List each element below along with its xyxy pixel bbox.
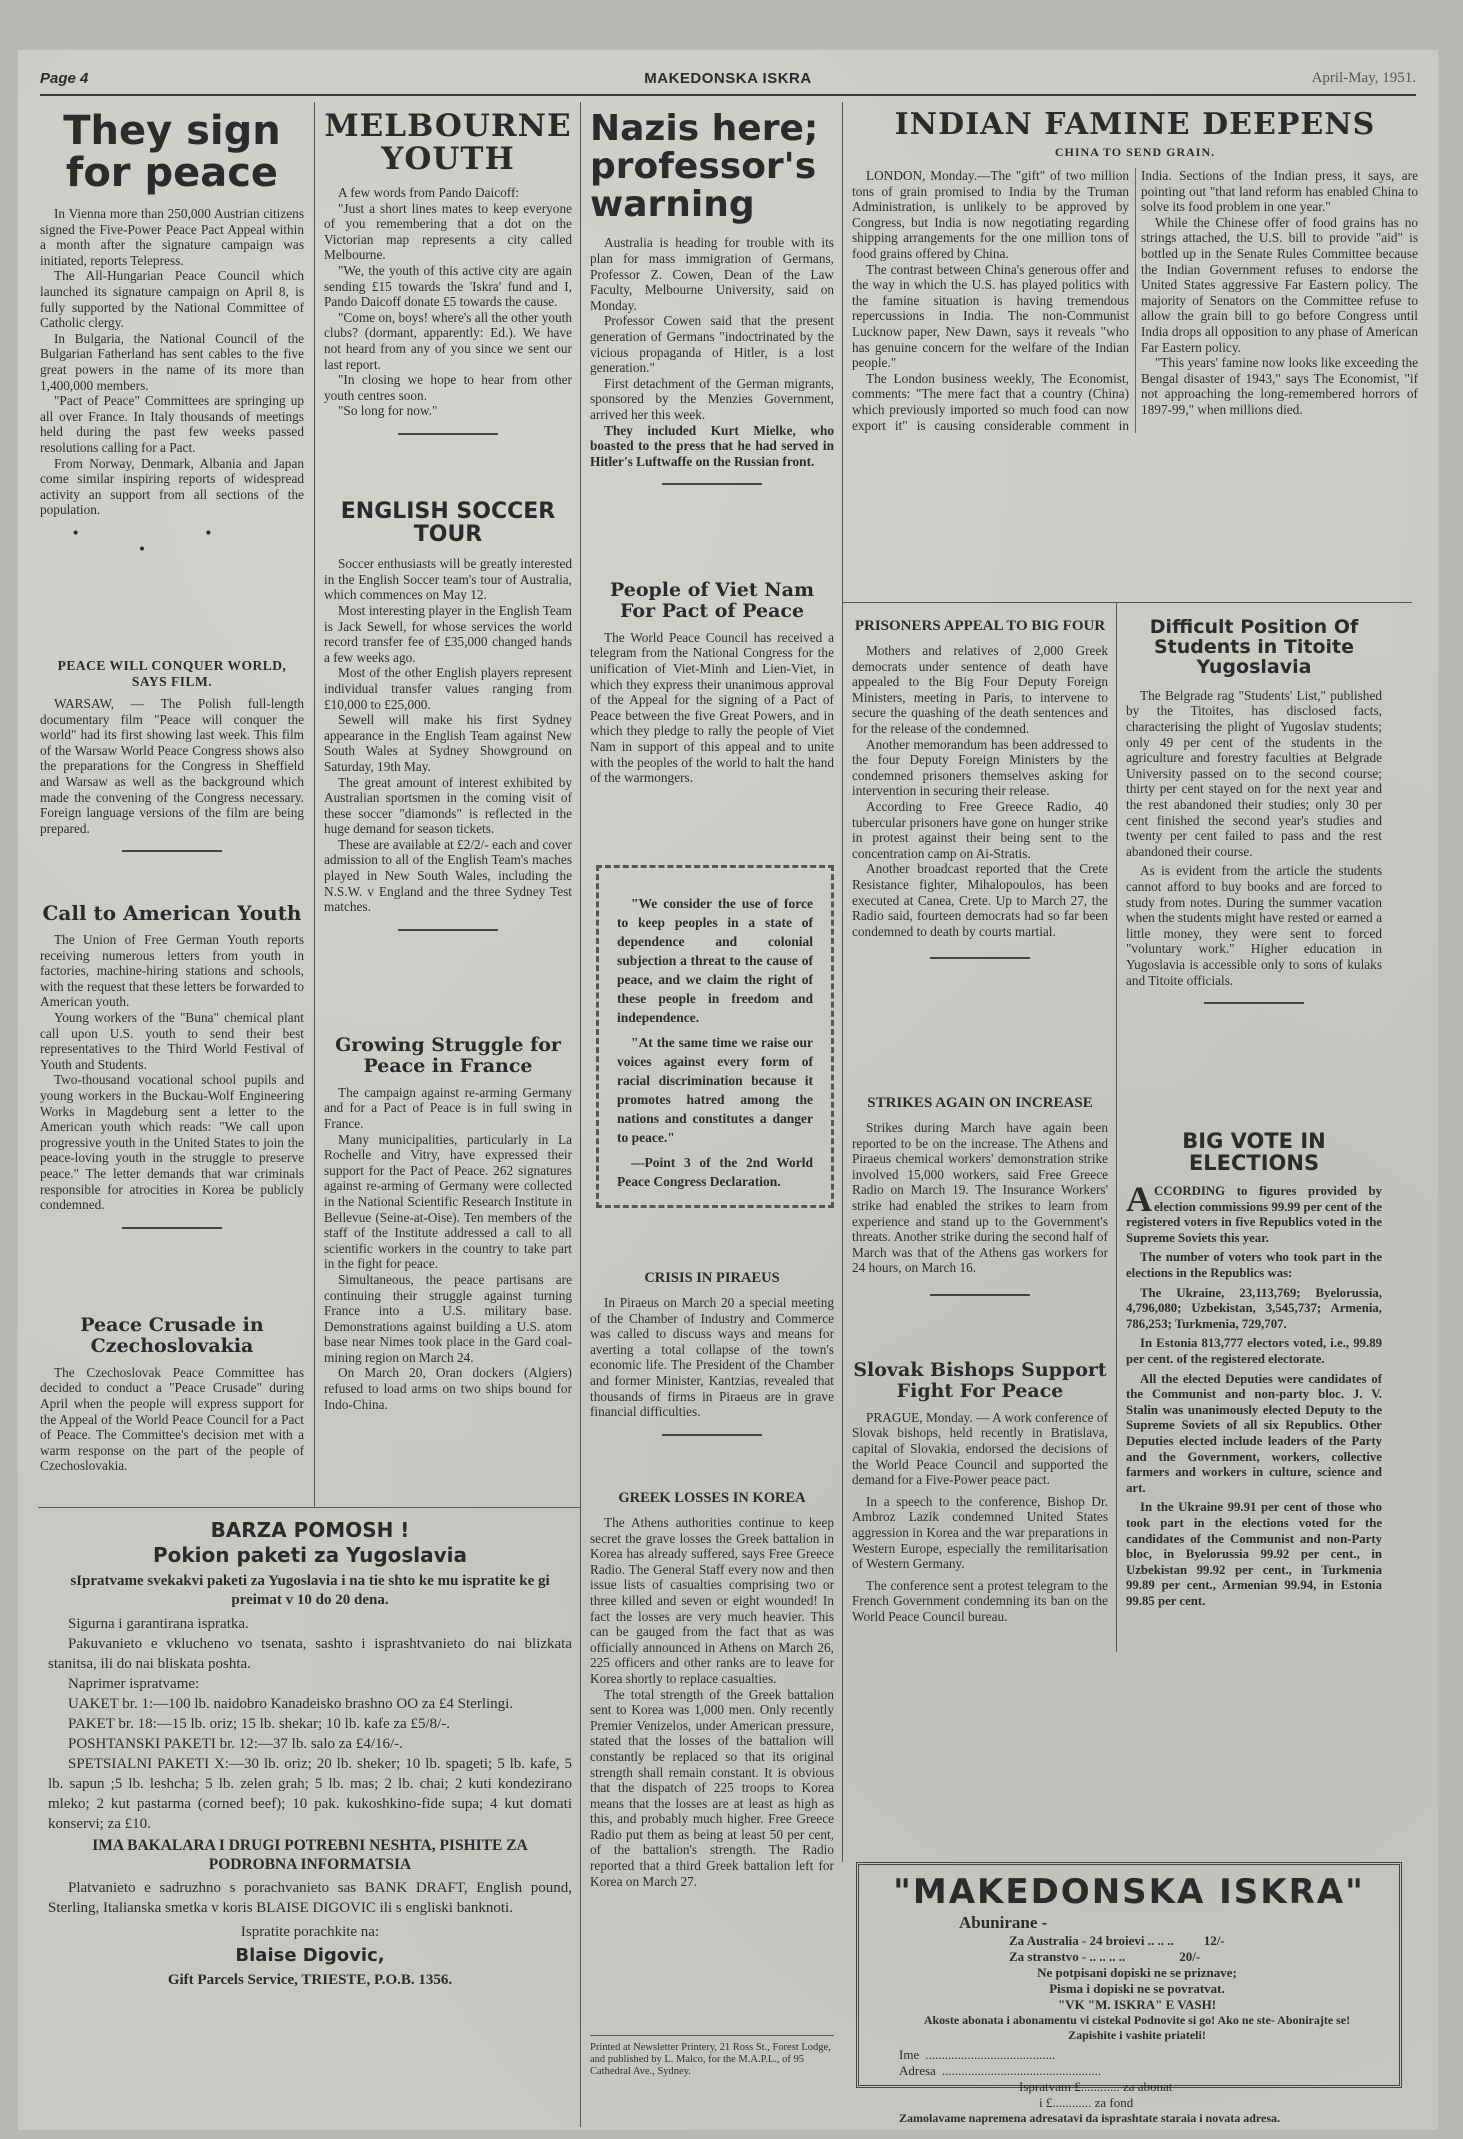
paragraph: In Piraeus on March 20 a special meeting…: [590, 1295, 834, 1420]
paragraph: Two-thousand vocational school pupils an…: [40, 1072, 304, 1212]
paragraph: As is evident from the article the stude…: [1126, 863, 1382, 988]
short-rule: [398, 929, 498, 931]
headline: People of Viet Nam For Pact of Peace: [590, 580, 834, 622]
short-rule: [1204, 1002, 1304, 1004]
field-blank[interactable]: ........................................…: [942, 2063, 1101, 2079]
rate-price: 20/-: [1179, 1949, 1200, 1965]
paragraph: These are available at £2/2/- each and c…: [324, 837, 572, 915]
subscription-appeal: Akoste abonata i abonamentu vi cistekal …: [899, 2013, 1375, 2043]
paragraph: Another broadcast reported that the Cret…: [852, 861, 1108, 939]
quote-body: "We consider the use of force to keep pe…: [617, 894, 813, 1191]
paragraph: They included Kurt Mielke, who boasted t…: [590, 423, 834, 470]
headline: MELBOURNE YOUTH: [324, 110, 572, 175]
article-american-youth: Call to American Youth The Union of Free…: [40, 902, 304, 1229]
ad-gift-parcels: BARZA POMOSH ! Pokion paketi za Yugoslav…: [48, 1520, 572, 1989]
article-slovak-bishops: Slovak Bishops Support Fight For Peace P…: [852, 1360, 1108, 1625]
paragraph: Mothers and relatives of 2,000 Greek dem…: [852, 643, 1108, 737]
paragraph: On March 20, Oran dockers (Algiers) refu…: [324, 1365, 572, 1412]
column-divider: [580, 102, 581, 2127]
section-divider: [38, 1507, 580, 1508]
paragraph: Professor Cowen said that the present ge…: [590, 313, 834, 375]
subscription-slogan: "VK "M. ISKRA" E VASH!: [899, 1997, 1375, 2013]
column-divider: [842, 102, 843, 1862]
rate-price: 12/-: [1204, 1933, 1225, 1949]
subheadline: CHINA TO SEND GRAIN.: [852, 145, 1418, 160]
paragraph: WARSAW, — The Polish full-length documen…: [40, 696, 304, 836]
headline: Peace Crusade in Czechoslovakia: [40, 1315, 304, 1357]
article-big-vote: BIG VOTE IN ELECTIONS ACCORDING to figur…: [1126, 1130, 1382, 1610]
paragraph: Another memorandum has been addressed to…: [852, 737, 1108, 799]
paragraph: PRAGUE, Monday. — A work conference of S…: [852, 1410, 1108, 1488]
article-body: Australia is heading for trouble with it…: [590, 235, 834, 469]
paragraph: The Czechoslovak Peace Committee has dec…: [40, 1365, 304, 1474]
paragraph: Most interesting player in the English T…: [324, 603, 572, 665]
short-rule: [122, 850, 222, 852]
headline: Nazis here; professor's warning: [590, 110, 834, 223]
ad-line: Naprimer ispratvame:: [48, 1674, 572, 1694]
paragraph: Soccer enthusiasts will be greatly inter…: [324, 556, 572, 603]
ad-line: Sigurna i garantirana ispratka.: [48, 1614, 572, 1634]
article-body: The campaign against re-arming Germany a…: [324, 1085, 572, 1412]
printer-imprint: Printed at Newsletter Printery, 21 Ross …: [590, 2035, 834, 2078]
rate-label: Za Australia - 24 broievi .. .. ..: [1009, 1933, 1174, 1949]
article-body: Soccer enthusiasts will be greatly inter…: [324, 556, 572, 915]
subscription-note: Pisma i dopiski ne se povratvat.: [899, 1981, 1375, 1997]
paragraph: "This years' famine now looks like excee…: [1141, 355, 1418, 417]
rate-row: Za Australia - 24 broievi .. .. .. 12/-: [1009, 1933, 1375, 1949]
paragraph: While the Chinese offer of food grains h…: [1141, 215, 1418, 355]
article-indian-famine: INDIAN FAMINE DEEPENS CHINA TO SEND GRAI…: [852, 108, 1418, 433]
paragraph: The great amount of interest exhibited b…: [324, 775, 572, 837]
article-body: In Piraeus on March 20 a special meeting…: [590, 1295, 834, 1420]
paragraph: LONDON, Monday.—The "gift" of two millio…: [852, 168, 1129, 262]
subscription-footer: Zamolavame napremena adresatavi da ispra…: [899, 2111, 1375, 2126]
article-body: A few words from Pando Daicoff: "Just a …: [324, 185, 572, 419]
short-rule: [398, 433, 498, 435]
ad-line: Pakuvanieto e vklucheno vo tsenata, sash…: [48, 1634, 572, 1674]
form-field-address[interactable]: Adresa .................................…: [899, 2063, 1375, 2079]
article-prisoners-appeal: PRISONERS APPEAL TO BIG FOUR Mothers and…: [852, 618, 1108, 959]
paragraph: Sewell will make his first Sydney appear…: [324, 712, 572, 774]
paragraph: The number of voters who took part in th…: [1126, 1250, 1382, 1281]
paragraph: "Pact of Peace" Committees are springing…: [40, 393, 304, 455]
paragraph: Strikes during March have again been rep…: [852, 1120, 1108, 1276]
paragraph: "Just a short lines mates to keep everyo…: [324, 201, 572, 263]
article-greek-korea: GREEK LOSSES IN KOREA The Athens authori…: [590, 1490, 834, 1889]
paragraph: From Norway, Denmark, Albania and Japan …: [40, 456, 304, 518]
paragraph: First detachment of the German migrants,…: [590, 376, 834, 423]
ad-line: POSHTANSKI PAKETI br. 12:—37 lb. salo za…: [48, 1734, 572, 1754]
article-viet-nam: People of Viet Nam For Pact of Peace The…: [590, 580, 834, 786]
paragraph: The contrast between China's generous of…: [852, 262, 1129, 371]
article-body: ACCORDING to figures provided by electio…: [1126, 1184, 1382, 1609]
article-melbourne-youth: MELBOURNE YOUTH A few words from Pando D…: [324, 110, 572, 435]
article-body: The Czechoslovak Peace Committee has dec…: [40, 1365, 304, 1474]
article-body: In Vienna more than 250,000 Austrian cit…: [40, 206, 304, 518]
paragraph: Simultaneous, the peace partisans are co…: [324, 1272, 572, 1366]
drop-cap: A: [1126, 1184, 1152, 1214]
paragraph: The campaign against re-arming Germany a…: [324, 1085, 572, 1132]
column-divider: [314, 102, 315, 1507]
quote-paragraph: "We consider the use of force to keep pe…: [617, 894, 813, 1027]
field-blank[interactable]: ........................................: [925, 2047, 1055, 2063]
headline: ENGLISH SOCCER TOUR: [324, 500, 572, 546]
short-rule: [122, 1227, 222, 1229]
paragraph: All the elected Deputies were candidates…: [1126, 1372, 1382, 1497]
paragraph: CCORDING to figures provided by election…: [1126, 1184, 1382, 1245]
column-divider: [1116, 602, 1117, 1652]
paragraph: The conference sent a protest telegram t…: [852, 1578, 1108, 1625]
newspaper-page: Page 4 MAKEDONSKA ISKRA April-May, 1951.…: [18, 50, 1438, 2130]
paragraph: The total strength of the Greek battalio…: [590, 1687, 834, 1890]
short-rule: [930, 1294, 1030, 1296]
short-rule: [662, 1434, 762, 1436]
headline: They sign for peace: [40, 110, 304, 194]
paragraph: The Union of Free German Youth reports r…: [40, 932, 304, 1010]
article-yugoslav-students: Difficult Position Of Students in Titoit…: [1126, 618, 1382, 1004]
paragraph: According to Free Greece Radio, 40 tuber…: [852, 799, 1108, 861]
article-body: The World Peace Council has received a t…: [590, 630, 834, 786]
paragraph: Australia is heading for trouble with it…: [590, 235, 834, 313]
paragraph: In the Ukraine 99.91 per cent of those w…: [1126, 1500, 1382, 1609]
paragraph: The World Peace Council has received a t…: [590, 630, 834, 786]
ad-line: SPETSIALNI PAKETI X:—30 lb. oriz; 20 lb.…: [48, 1754, 572, 1834]
field-label: Adresa: [899, 2063, 936, 2079]
paper-title: MAKEDONSKA ISKRA: [40, 70, 1416, 87]
headline: BIG VOTE IN ELECTIONS: [1126, 1130, 1382, 1174]
quote-paragraph: "At the same time we raise our voices ag…: [617, 1033, 813, 1147]
paragraph: The Ukraine, 23,113,769; Byelorussia, 4,…: [1126, 1286, 1382, 1333]
subscription-note: Ne potpisani dopiski ne se priznave;: [899, 1965, 1375, 1981]
paragraph: Many municipalities, particularly in La …: [324, 1132, 572, 1272]
article-soccer-tour: ENGLISH SOCCER TOUR Soccer enthusiasts w…: [324, 500, 572, 931]
paragraph: "We, the youth of this active city are a…: [324, 263, 572, 310]
quote-attribution: —Point 3 of the 2nd World Peace Congress…: [617, 1153, 813, 1191]
short-rule: [662, 483, 762, 485]
ad-subheadline: Pokion paketi za Yugoslavia: [48, 1545, 572, 1566]
paragraph: In Vienna more than 250,000 Austrian cit…: [40, 206, 304, 268]
article-body: WARSAW, — The Polish full-length documen…: [40, 696, 304, 836]
article-piraeus: CRISIS IN PIRAEUS In Piraeus on March 20…: [590, 1270, 834, 1436]
headline: STRIKES AGAIN ON INCREASE: [852, 1095, 1108, 1112]
article-body: Mothers and relatives of 2,000 Greek dem…: [852, 643, 1108, 939]
amount-line[interactable]: Ispratvam £............ za abonat: [1019, 2079, 1375, 2095]
headline: Difficult Position Of Students in Titoit…: [1126, 618, 1382, 678]
article-body: The Union of Free German Youth reports r…: [40, 932, 304, 1213]
article-strikes: STRIKES AGAIN ON INCREASE Strikes during…: [852, 1095, 1108, 1296]
ad-contact-name: Blaise Digovic,: [48, 1947, 572, 1966]
paragraph: The Belgrade rag "Students' List," publi…: [1126, 688, 1382, 860]
amount-line[interactable]: i £............ za fond: [1039, 2095, 1375, 2111]
article-body: PRAGUE, Monday. — A work conference of S…: [852, 1410, 1108, 1625]
section-divider: [842, 602, 1412, 603]
ad-payment: Platvanieto e sadruzhno s porachvanieto …: [48, 1878, 572, 1918]
ad-intro: sIpratvame svekakvi paketi za Yugoslavia…: [48, 1572, 572, 1610]
paragraph: "In closing we hope to hear from other y…: [324, 372, 572, 403]
masthead: Page 4 MAKEDONSKA ISKRA April-May, 1951.: [40, 68, 1416, 96]
ad-callout: IMA BAKALARA I DRUGI POTREBNI NESHTA, PI…: [48, 1836, 572, 1874]
headline: Growing Struggle for Peace in France: [324, 1035, 572, 1077]
subscription-box: "MAKEDONSKA ISKRA" Abunirane - Za Austra…: [856, 1862, 1402, 2088]
form-field-name[interactable]: Ime ....................................…: [899, 2047, 1375, 2063]
article-body: The Athens authorities continue to keep …: [590, 1515, 834, 1889]
subscription-label: Abunirane -: [959, 1913, 1375, 1933]
ad-headline: BARZA POMOSH !: [48, 1520, 572, 1541]
ad-line: UAKET br. 1:—100 lb. naidobro Kanadeisko…: [48, 1694, 572, 1714]
paragraph: Young workers of the "Buna" chemical pla…: [40, 1010, 304, 1072]
headline: GREEK LOSSES IN KOREA: [590, 1490, 834, 1507]
paragraph: In Estonia 813,777 electors voted, i.e.,…: [1126, 1336, 1382, 1367]
article-body: The Belgrade rag "Students' List," publi…: [1126, 688, 1382, 988]
headline: PEACE WILL CONQUER WORLD, SAYS FILM.: [40, 658, 304, 690]
ad-contact-address: Gift Parcels Service, TRIESTE, P.O.B. 13…: [48, 1972, 572, 1989]
congress-quote-box: "We consider the use of force to keep pe…: [596, 865, 834, 1208]
issue-date: April-May, 1951.: [1312, 70, 1416, 87]
paragraph: The Athens authorities continue to keep …: [590, 1515, 834, 1687]
paragraph: In Bulgaria, the National Council of the…: [40, 331, 304, 393]
article-sign-peace: They sign for peace In Vienna more than …: [40, 110, 304, 558]
article-france-struggle: Growing Struggle for Peace in France The…: [324, 1035, 572, 1412]
ad-send-to: Ispratite porachkite na:: [48, 1924, 572, 1941]
paragraph: In a speech to the conference, Bishop Dr…: [852, 1494, 1108, 1572]
paragraph: The All-Hungarian Peace Council which la…: [40, 268, 304, 330]
article-nazis-here: Nazis here; professor's warning Australi…: [590, 110, 834, 485]
headline: CRISIS IN PIRAEUS: [590, 1270, 834, 1287]
ad-line: PAKET br. 18:—15 lb. oriz; 15 lb. shekar…: [48, 1714, 572, 1734]
headline: PRISONERS APPEAL TO BIG FOUR: [852, 618, 1108, 635]
headline: Slovak Bishops Support Fight For Peace: [852, 1360, 1108, 1402]
subscription-body: Abunirane - Za Australia - 24 broievi ..…: [859, 1911, 1399, 2126]
article-czech-crusade: Peace Crusade in Czechoslovakia The Czec…: [40, 1315, 304, 1474]
short-rule: [930, 957, 1030, 959]
headline: Call to American Youth: [40, 902, 304, 924]
paragraph: "Come on, boys! where's all the other yo…: [324, 310, 572, 372]
paragraph: Most of the other English players repres…: [324, 665, 572, 712]
subscription-title: "MAKEDONSKA ISKRA": [859, 1875, 1399, 1911]
separator-dots: • • •: [40, 526, 304, 558]
rate-label: Za stranstvo - .. .. .. ..: [1009, 1949, 1125, 1965]
rate-row: Za stranstvo - .. .. .. .. 20/-: [1009, 1949, 1375, 1965]
ad-body: Sigurna i garantirana ispratka. Pakuvani…: [48, 1614, 572, 1834]
article-body: Strikes during March have again been rep…: [852, 1120, 1108, 1276]
headline: INDIAN FAMINE DEEPENS: [852, 108, 1418, 141]
field-label: Ime: [899, 2047, 919, 2063]
article-peace-film: PEACE WILL CONQUER WORLD, SAYS FILM. WAR…: [40, 658, 304, 852]
paragraph: A few words from Pando Daicoff:: [324, 185, 572, 201]
paragraph: "So long for now.": [324, 403, 572, 419]
article-body: LONDON, Monday.—The "gift" of two millio…: [852, 168, 1418, 433]
